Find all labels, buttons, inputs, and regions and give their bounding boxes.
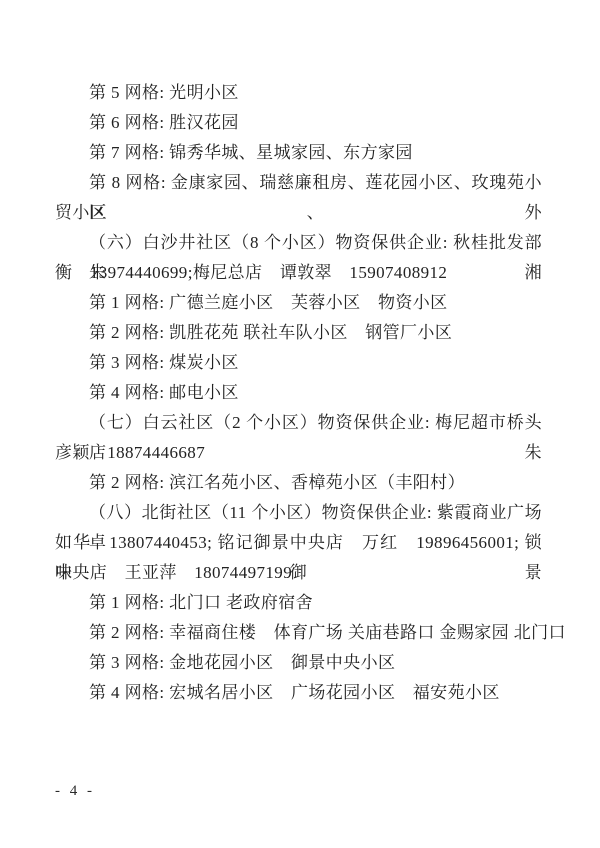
text-line: 第 1 网格: 北门口 老政府宿舍 <box>55 588 542 618</box>
text-line: 如华 13807440453; 铭记御景中央店 万红 19896456001; … <box>55 528 542 558</box>
document-body: 第 5 网格: 光明小区 第 6 网格: 胜汉花园 第 7 网格: 锦秀华城、星… <box>55 78 542 708</box>
text-line: 第 6 网格: 胜汉花园 <box>55 108 542 138</box>
document-page: 第 5 网格: 光明小区 第 6 网格: 胜汉花园 第 7 网格: 锦秀华城、星… <box>0 0 600 848</box>
text-line: 第 1 网格: 广德兰庭小区 芙蓉小区 物资小区 <box>55 288 542 318</box>
text-line: 第 7 网格: 锦秀华城、星城家园、东方家园 <box>55 138 542 168</box>
text-line: 第 3 网格: 金地花园小区 御景中央小区 <box>55 648 542 678</box>
text-line: 第 2 网格: 凯胜花苑 联社车队小区 钢管厂小区 <box>55 318 542 348</box>
text-line: （八）北街社区（11 个小区）物资保供企业: 紫霞商业广场 卓 <box>55 498 542 528</box>
text-line: 第 4 网格: 宏城名居小区 广场花园小区 福安苑小区 <box>55 678 542 708</box>
text-line: 第 2 网格: 滨江名苑小区、香樟苑小区（丰阳村） <box>55 468 542 498</box>
text-line: 第 8 网格: 金康家园、瑞慈廉租房、莲花园小区、玫瑰苑小区、外 <box>55 168 542 198</box>
text-line: （六）白沙井社区（8 个小区）物资保供企业: 秋桂批发部 朱湘 <box>55 228 542 258</box>
text-line: 第 3 网格: 煤炭小区 <box>55 348 542 378</box>
text-line: （七）白云社区（2 个小区）物资保供企业: 梅尼超市桥头店 朱 <box>55 408 542 438</box>
text-line: 第 5 网格: 光明小区 <box>55 78 542 108</box>
text-line: 第 2 网格: 幸福商住楼 体育广场 关庙巷路口 金赐家园 北门口 <box>55 618 542 648</box>
page-number: - 4 - <box>55 780 95 802</box>
text-line: 第 4 网格: 邮电小区 <box>55 378 542 408</box>
